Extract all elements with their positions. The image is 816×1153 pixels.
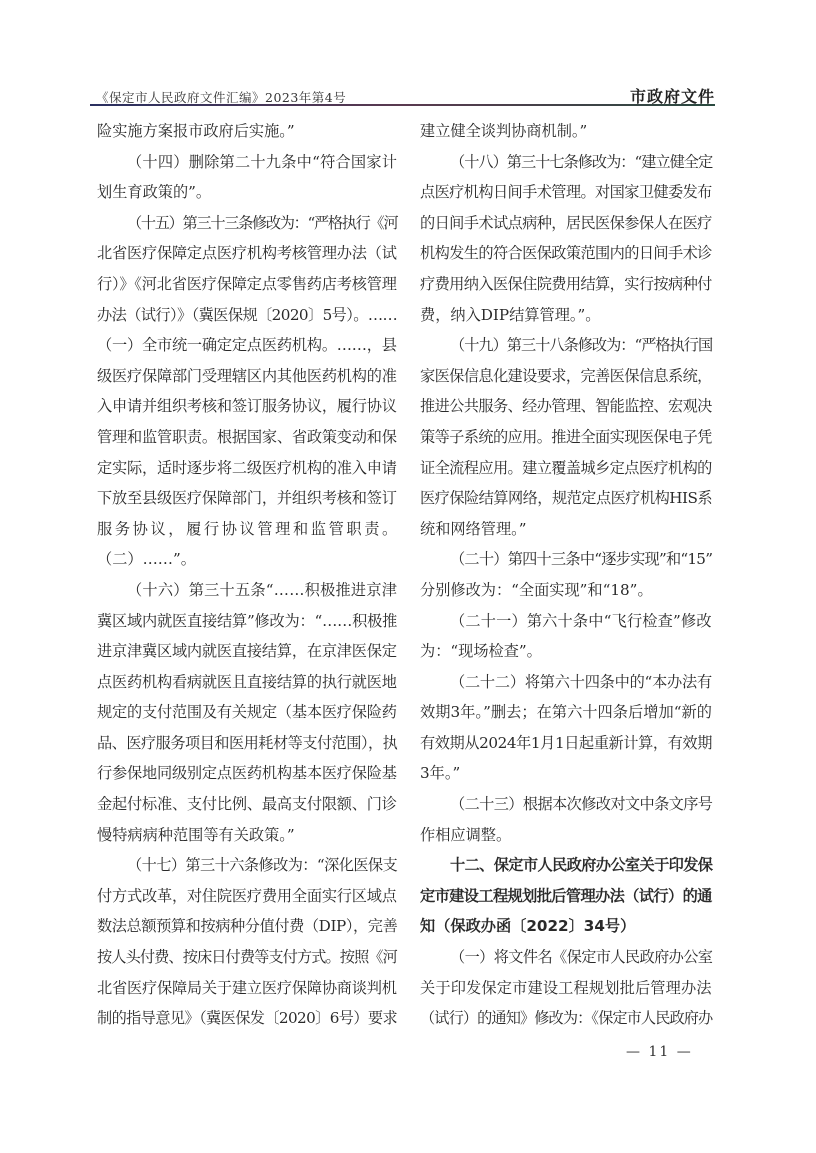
text-line: 付方式改革，对住院医疗费用全面实行区域点 <box>97 881 397 912</box>
text-line: 家医保信息化建设要求，完善医保信息系统， <box>420 361 712 392</box>
text-line: 入申请并组织考核和签订服务协议，履行协议 <box>97 391 397 422</box>
text-line: 冀区域内就医直接结算”修改为：“……积极推 <box>97 606 397 637</box>
left-column: 险实施方案报市政府后实施。”（十四）删除第二十九条中“符合国家计划生育政策的”。… <box>97 116 397 1034</box>
text-line: 划生育政策的”。 <box>97 177 397 208</box>
text-line: （二十三）根据本次修改对文中条文序号 <box>420 789 712 820</box>
text-line: （十九）第三十八条修改为：“严格执行国 <box>420 330 712 361</box>
text-line: 办法（试行）》（冀医保规〔2020〕5号）。…… <box>97 300 397 331</box>
running-header: 《保定市人民政府文件汇编》2023年第4号 市政府文件 <box>90 84 715 106</box>
text-line: 数法总额预算和按病种分值付费（DIP），完善 <box>97 911 397 942</box>
text-line: （试行）的通知》修改为：《保定市人民政府办 <box>420 1003 712 1034</box>
text-line: 点医疗机构日间手术管理。对国家卫健委发布 <box>420 177 712 208</box>
text-line: 慢特病病种范围等有关政策。” <box>97 820 397 851</box>
text-line: （十七）第三十六条修改为：“深化医保支 <box>97 850 397 881</box>
text-line: 为：“现场检查”。 <box>420 636 712 667</box>
text-line: （一）将文件名《保定市人民政府办公室 <box>420 942 712 973</box>
text-line: 按人头付费、按床日付费等支付方式。按照《河 <box>97 942 397 973</box>
text-line: 关于印发保定市建设工程规划批后管理办法 <box>420 973 712 1004</box>
text-line: （二十二）将第六十四条中的“本办法有 <box>420 667 712 698</box>
text-line: 下放至县级医疗保障部门，并组织考核和签订 <box>97 483 397 514</box>
header-rule <box>90 104 715 106</box>
text-line: （十六）第三十五条“……积极推进京津 <box>97 575 397 606</box>
text-line: 作相应调整。 <box>420 820 712 851</box>
section-heading-line: 十二、保定市人民政府办公室关于印发保 <box>420 850 712 881</box>
text-line: 疗费用纳入医保住院费用结算，实行按病种付 <box>420 269 712 300</box>
text-line: 费，纳入DIP结算管理。”。 <box>420 300 712 331</box>
text-line: 策等子系统的应用。推进全面实现医保电子凭 <box>420 422 712 453</box>
text-line: 3年。” <box>420 758 712 789</box>
text-line: 推进公共服务、经办管理、智能监控、宏观决 <box>420 391 712 422</box>
text-line: 规定的支付范围及有关规定（基本医疗保险药 <box>97 697 397 728</box>
text-line: 北省医疗保障定点医疗机构考核管理办法（试 <box>97 238 397 269</box>
text-line: （十五）第三十三条修改为：“严格执行《河 <box>97 208 397 239</box>
text-line: 分别修改为：“全面实现”和“18”。 <box>420 575 712 606</box>
page-number: — 11 — <box>626 1044 693 1060</box>
section-heading-line: 定市建设工程规划批后管理办法（试行）的通 <box>420 881 712 912</box>
text-line: 进京津冀区域内就医直接结算，在京津医保定 <box>97 636 397 667</box>
text-line: 行参保地同级别定点医药机构基本医疗保险基 <box>97 758 397 789</box>
text-line: （二十一）第六十条中“飞行检查”修改 <box>420 606 712 637</box>
text-line: 点医药机构看病就医且直接结算的执行就医地 <box>97 667 397 698</box>
text-line: 效期3年。”删去；在第六十四条后增加“新的 <box>420 697 712 728</box>
text-line: 机构发生的符合医保政策范围内的日间手术诊 <box>420 238 712 269</box>
text-line: 级医疗保障部门受理辖区内其他医药机构的准 <box>97 361 397 392</box>
text-line: （二十）第四十三条中“逐步实现”和“15” <box>420 544 712 575</box>
text-line: 统和网络管理。” <box>420 514 712 545</box>
text-line: （一）全市统一确定定点医药机构。……，县 <box>97 330 397 361</box>
text-line: 北省医疗保障局关于建立医疗保障协商谈判机 <box>97 973 397 1004</box>
text-line: 证全流程应用。建立覆盖城乡定点医疗机构的 <box>420 453 712 484</box>
text-line: 制的指导意见》（冀医保发〔2020〕6号）要求 <box>97 1003 397 1034</box>
text-line: （十八）第三十七条修改为：“建立健全定 <box>420 147 712 178</box>
text-line: （十四）删除第二十九条中“符合国家计 <box>97 147 397 178</box>
text-line: 定实际，适时逐步将二级医疗机构的准入申请 <box>97 453 397 484</box>
text-line: 建立健全谈判协商机制。” <box>420 116 712 147</box>
text-line: 有效期从2024年1月1日起重新计算，有效期 <box>420 728 712 759</box>
text-line: （二）……”。 <box>97 544 397 575</box>
text-line: 险实施方案报市政府后实施。” <box>97 116 397 147</box>
text-line: 行）》《河北省医疗保障定点零售药店考核管理 <box>97 269 397 300</box>
text-line: 金起付标准、支付比例、最高支付限额、门诊 <box>97 789 397 820</box>
text-line: 服务协议，履行协议管理和监管职责。 <box>97 514 397 545</box>
right-column: 建立健全谈判协商机制。”（十八）第三十七条修改为：“建立健全定点医疗机构日间手术… <box>420 116 712 1034</box>
text-line: 的日间手术试点病种，居民医保参保人在医疗 <box>420 208 712 239</box>
section-heading-line: 知（保政办函〔2022〕34号） <box>420 911 712 942</box>
text-line: 管理和监管职责。根据国家、省政策变动和保 <box>97 422 397 453</box>
text-line: 医疗保险结算网络，规范定点医疗机构HIS系 <box>420 483 712 514</box>
text-line: 品、医疗服务项目和医用耗材等支付范围），执 <box>97 728 397 759</box>
